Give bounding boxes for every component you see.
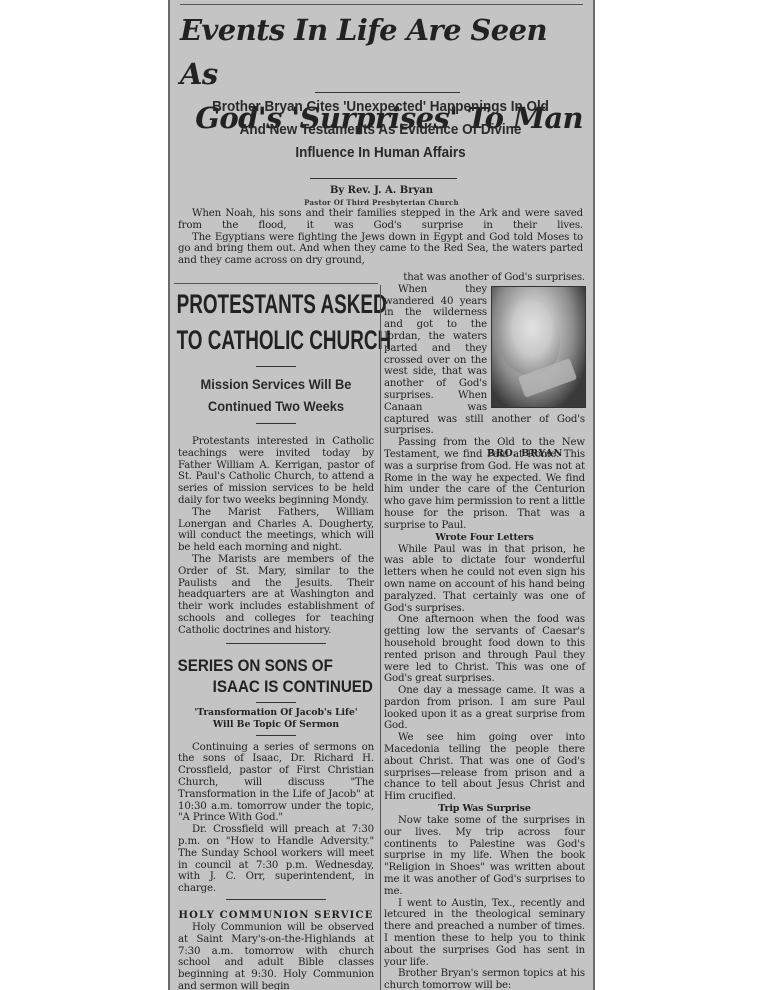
paragraph: One afternoon when the food was getting … bbox=[384, 614, 585, 685]
sidebar-body: Protestants interested in Catholic teach… bbox=[174, 436, 378, 637]
sidebar-headline: HOLY COMMUNION SERVICE bbox=[174, 910, 378, 922]
sidebar-deck-line: Continued Two Weeks bbox=[182, 395, 370, 417]
deck-rule bbox=[310, 178, 457, 179]
rule bbox=[256, 423, 296, 424]
paragraph: Dr. Crossfield will preach at 7:30 p.m. … bbox=[178, 824, 374, 895]
portrait-photo bbox=[491, 286, 586, 408]
left-column: PROTESTANTS ASKED TO CATHOLIC CHURCH Mis… bbox=[174, 283, 378, 990]
sidebar-body: Holy Communion will be observed at Saint… bbox=[174, 922, 378, 990]
sidebar-headline-line: ISAAC IS CONTINUED bbox=[174, 677, 362, 698]
headline-rule bbox=[315, 92, 460, 93]
sidebar-protestants: PROTESTANTS ASKED TO CATHOLIC CHURCH Mis… bbox=[174, 286, 378, 644]
paragraph: Now take some of the surprises in our li… bbox=[384, 815, 585, 898]
sidebar-deck: Mission Services Will Be Continued Two W… bbox=[182, 373, 370, 417]
sidebar-deck: 'Transformation Of Jacob's Life' Will Be… bbox=[174, 707, 378, 731]
deck-line-3: Influence In Human Affairs bbox=[190, 142, 570, 165]
paragraph: The Marist Fathers, William Lonergan and… bbox=[178, 507, 374, 554]
sidebar-headline-line: PROTESTANTS ASKED bbox=[177, 286, 376, 322]
paragraph: Continuing a series of sermons on the so… bbox=[178, 742, 374, 825]
paragraph: The Marists are members of the Order of … bbox=[178, 554, 374, 637]
subhead: Wrote Four Letters bbox=[384, 532, 585, 544]
sidebar-headline-line: TO CATHOLIC CHURCH bbox=[177, 322, 376, 358]
continued-line: that was another of God's surprises. bbox=[384, 272, 585, 284]
sidebar-deck-line: Will Be Topic Of Sermon bbox=[174, 719, 378, 731]
lead-paragraph: When Noah, his sons and their families s… bbox=[178, 208, 583, 232]
subhead: Trip Was Surprise bbox=[384, 803, 585, 815]
sidebar-communion: HOLY COMMUNION SERVICE Holy Communion wi… bbox=[174, 910, 378, 990]
portrait-face bbox=[498, 297, 560, 375]
right-column: that was another of God's surprises. Whe… bbox=[384, 272, 585, 990]
column-separator bbox=[380, 285, 381, 990]
rule bbox=[256, 366, 296, 367]
paragraph: Protestants interested in Catholic teach… bbox=[178, 436, 374, 507]
paragraph: We see him going over into Macedonia tel… bbox=[384, 732, 585, 803]
sidebar-isaac: SERIES ON SONS OF ISAAC IS CONTINUED 'Tr… bbox=[174, 656, 378, 900]
paragraph: One day a message came. It was a pardon … bbox=[384, 685, 585, 732]
paragraph: I went to Austin, Tex., recently and let… bbox=[384, 898, 585, 969]
sidebar-body: Continuing a series of sermons on the so… bbox=[174, 742, 378, 895]
sidebar-deck-line: 'Transformation Of Jacob's Life' bbox=[174, 707, 378, 719]
headline-line-1: Events In Life Are Seen As bbox=[176, 8, 585, 96]
paragraph: Brother Bryan's sermon topics at his chu… bbox=[384, 968, 585, 990]
paragraph: Holy Communion will be observed at Saint… bbox=[178, 922, 374, 990]
photo-block: When they wandered 40 years in the wilde… bbox=[384, 284, 585, 437]
deck-line-1: Brother Bryan Cites 'Unexpected' Happeni… bbox=[190, 96, 570, 119]
main-deck: Brother Bryan Cites 'Unexpected' Happeni… bbox=[190, 96, 570, 165]
photo-wrap-text: When they wandered 40 years in the wilde… bbox=[384, 284, 585, 437]
sidebar-deck-line: Mission Services Will Be bbox=[182, 373, 370, 395]
rule bbox=[226, 643, 326, 644]
top-rule bbox=[180, 4, 583, 5]
lead-paragraph: The Egyptians were fighting the Jews dow… bbox=[178, 232, 583, 267]
sidebar-headline: PROTESTANTS ASKED TO CATHOLIC CHURCH bbox=[177, 286, 376, 358]
sidebar-headline-line: SERIES ON SONS OF bbox=[174, 656, 362, 677]
photo-caption: BRO. BRYAN bbox=[487, 448, 563, 460]
rule bbox=[226, 899, 326, 900]
deck-line-2: And New Testaments As Evidence Of Divine bbox=[190, 119, 570, 142]
paragraph: While Paul was in that prison, he was ab… bbox=[384, 544, 585, 615]
rule bbox=[256, 702, 296, 703]
byline-title: Pastor Of Third Presbyterian Church bbox=[170, 198, 593, 207]
byline: By Rev. J. A. Bryan bbox=[170, 185, 593, 196]
newspaper-clipping: Events In Life Are Seen As God's 'Surpri… bbox=[168, 0, 595, 990]
rule bbox=[256, 735, 296, 736]
lead-text: When Noah, his sons and their families s… bbox=[178, 208, 583, 267]
